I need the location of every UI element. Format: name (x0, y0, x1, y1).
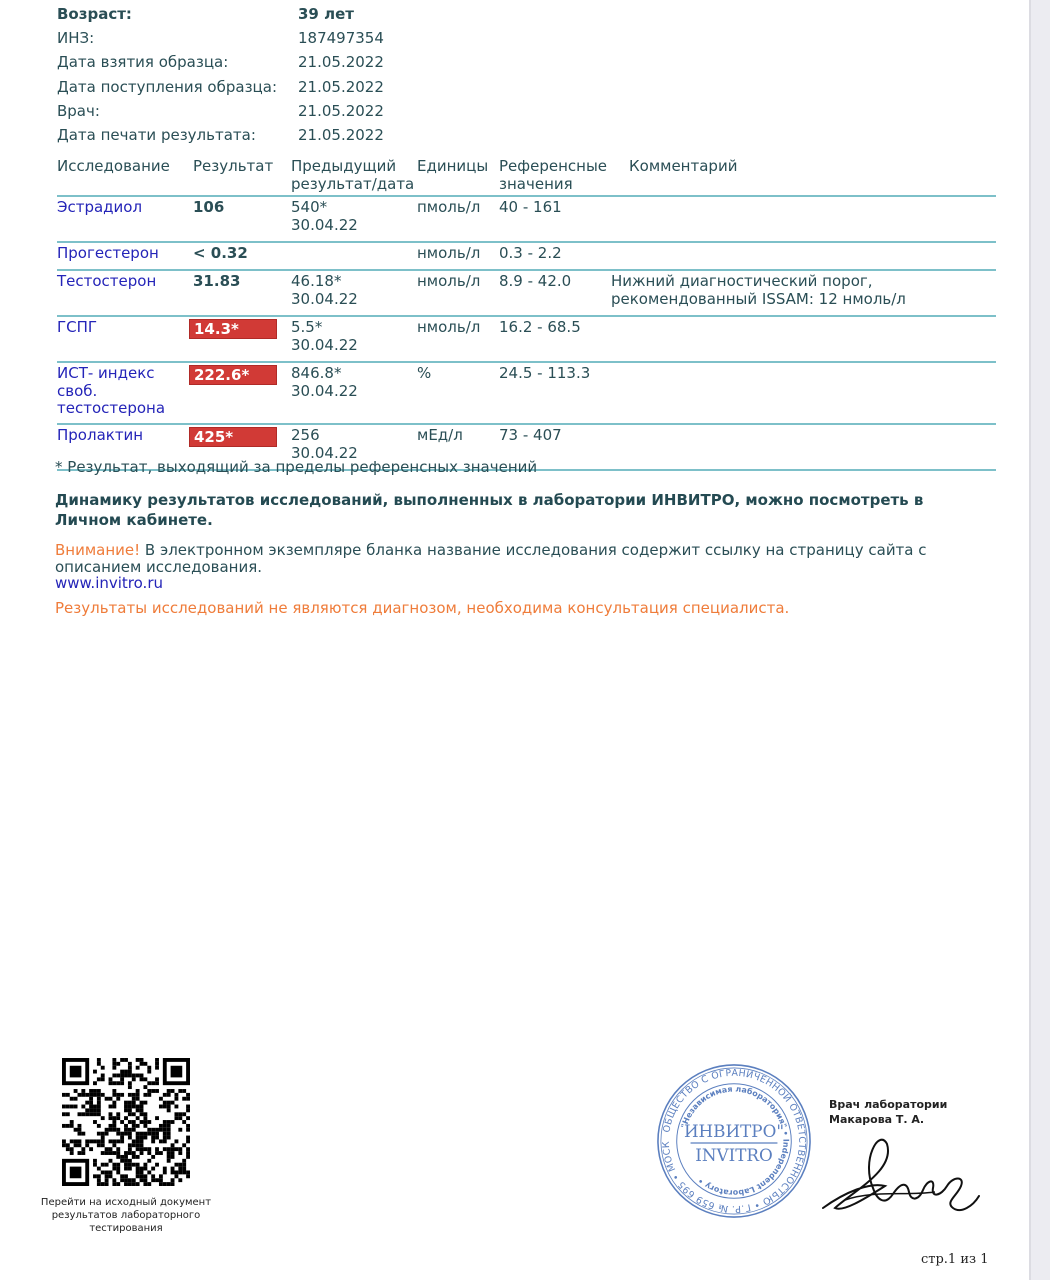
header-comment: Комментарий (629, 158, 996, 195)
units: нмоль/л (417, 273, 499, 315)
results-table: Исследование Результат Предыдущий резуль… (57, 157, 996, 471)
units: нмоль/л (417, 245, 499, 269)
header-units: Единицы (417, 158, 499, 195)
table-row: Эстрадиол106540*30.04.22пмоль/л40 - 161 (57, 195, 996, 241)
signature (815, 1130, 985, 1220)
info-value: 21.05.2022 (298, 50, 384, 74)
info-value: 187497354 (298, 26, 384, 50)
previous-result: 846.8*30.04.22 (291, 365, 417, 423)
comment (611, 245, 996, 269)
comment (611, 199, 996, 241)
comment (611, 319, 996, 361)
flagged-result: 14.3* (189, 319, 277, 339)
table-row: ГСПГ14.3*5.5*30.04.22нмоль/л16.2 - 68.5 (57, 315, 996, 361)
comment (611, 427, 996, 469)
info-label: Возраст: (57, 2, 298, 26)
previous-result: 540*30.04.22 (291, 199, 417, 241)
disclaimer: Результаты исследований не являются диаг… (55, 599, 789, 617)
table-row: ИСТ- индекс своб. тестостерона222.6*846.… (57, 361, 996, 423)
doctor-name: Макарова Т. А. (829, 1112, 947, 1127)
test-name-link[interactable]: ГСПГ (57, 319, 193, 361)
svg-text:INVITRO: INVITRO (695, 1145, 773, 1165)
result-value: 31.83 (193, 272, 240, 290)
page-number: стр.1 из 1 (921, 1252, 989, 1267)
header-reference: Референсные значения (499, 158, 620, 195)
units: пмоль/л (417, 199, 499, 241)
warning-text: В электронном экземпляре бланка название… (55, 541, 927, 576)
previous-result: 5.5*30.04.22 (291, 319, 417, 361)
previous-result (291, 245, 417, 269)
units: нмоль/л (417, 319, 499, 361)
test-name-link[interactable]: ИСТ- индекс своб. тестостерона (57, 365, 193, 423)
info-row: Дата поступления образца:21.05.2022 (57, 75, 384, 99)
warning-block: Внимание! В электронном экземпляре бланк… (55, 542, 1015, 592)
table-body: Эстрадиол106540*30.04.22пмоль/л40 - 161П… (57, 195, 996, 471)
info-row: Врач:21.05.2022 (57, 99, 384, 123)
comment (611, 365, 996, 423)
result-value: < 0.32 (193, 244, 248, 262)
info-value: 21.05.2022 (298, 99, 384, 123)
flagged-result: 222.6* (189, 365, 277, 385)
info-label: Врач: (57, 99, 298, 123)
info-row: ИНЗ:187497354 (57, 26, 384, 50)
reference-range: 0.3 - 2.2 (499, 245, 620, 269)
qr-code[interactable] (62, 1058, 190, 1186)
reference-range: 40 - 161 (499, 199, 620, 241)
svg-text:ИНВИТРО": ИНВИТРО" (684, 1121, 784, 1141)
units: % (417, 365, 499, 423)
test-name-link[interactable]: Тестостерон (57, 273, 193, 315)
dynamics-note: Динамику результатов исследований, выпол… (55, 490, 985, 530)
viewer-scrollbar-track[interactable] (1029, 0, 1050, 1280)
doctor-title: Врач лаборатории (829, 1097, 947, 1112)
table-header: Исследование Результат Предыдущий резуль… (57, 157, 996, 195)
previous-result: 46.18*30.04.22 (291, 273, 417, 315)
reference-range: 16.2 - 68.5 (499, 319, 620, 361)
reference-range: 8.9 - 42.0 (499, 273, 620, 315)
table-row: Тестостерон31.8346.18*30.04.22нмоль/л8.9… (57, 269, 996, 315)
reference-range: 24.5 - 113.3 (499, 365, 620, 423)
info-row: Дата печати результата:21.05.2022 (57, 123, 384, 147)
info-row: Возраст:39 лет (57, 2, 384, 26)
info-label: Дата поступления образца: (57, 75, 298, 99)
invitro-link[interactable]: www.invitro.ru (55, 575, 1015, 592)
info-label: Дата печати результата: (57, 123, 298, 147)
table-row: Прогестерон< 0.32нмоль/л0.3 - 2.2 (57, 241, 996, 269)
comment: Нижний диагностический порог, рекомендов… (611, 273, 996, 315)
warning-label: Внимание! (55, 541, 140, 559)
info-value: 39 лет (298, 2, 354, 26)
qr-caption: Перейти на исходный документ результатов… (40, 1196, 212, 1235)
lab-stamp: ОБЩЕСТВО С ОГРАНИЧЕННОЙ ОТВЕТСТВЕННОСТЬЮ… (655, 1062, 813, 1220)
patient-info: Возраст:39 летИНЗ:187497354Дата взятия о… (57, 2, 384, 147)
info-label: Дата взятия образца: (57, 50, 298, 74)
header-result: Результат (193, 158, 291, 195)
test-name-link[interactable]: Эстрадиол (57, 199, 193, 241)
test-name-link[interactable]: Прогестерон (57, 245, 193, 269)
footnote: * Результат, выходящий за пределы рефере… (55, 458, 537, 476)
flagged-result: 425* (189, 427, 277, 447)
header-previous: Предыдущий результат/дата (291, 158, 417, 195)
doctor-block: Врач лаборатории Макарова Т. А. (829, 1097, 947, 1127)
info-row: Дата взятия образца:21.05.2022 (57, 50, 384, 74)
info-value: 21.05.2022 (298, 123, 384, 147)
info-label: ИНЗ: (57, 26, 298, 50)
info-value: 21.05.2022 (298, 75, 384, 99)
result-value: 106 (193, 198, 224, 216)
header-test: Исследование (57, 158, 193, 195)
